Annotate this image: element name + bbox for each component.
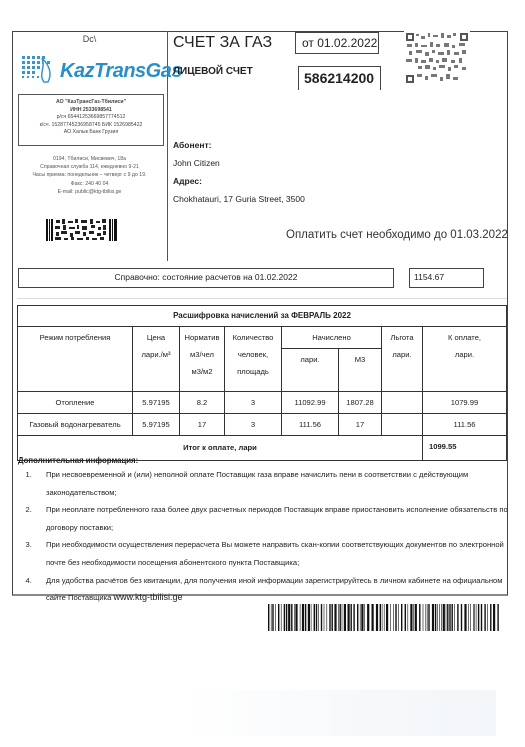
- cell-m3: 17: [339, 414, 382, 436]
- header-to-pay-label: К оплате,: [425, 329, 504, 346]
- website-link[interactable]: www.ktg-tbilisi.ge: [113, 592, 182, 602]
- header-accrued: Начислено: [282, 327, 382, 349]
- header-norm-unit2: м3/м2: [182, 363, 222, 380]
- settlement-account: р/сч 65441253669857774512: [19, 114, 163, 122]
- cell-benefit: [382, 414, 423, 436]
- contact-helpline: Справочная служба 114, ежедневно 9-21: [12, 163, 167, 171]
- charges-table: Расшифровка начислений за ФЕВРАЛЬ 2022 Р…: [17, 305, 507, 461]
- cell-qty: 3: [225, 392, 282, 414]
- scan-artifact: [186, 690, 496, 736]
- reference-balance-label: Справочно: состояние расчетов на 01.02.2…: [18, 268, 394, 288]
- corr-account: к/сч. 15287745236958745 БИК 1526985422: [19, 122, 163, 130]
- pdf417-barcode: [46, 218, 118, 242]
- header-to-pay-unit: лари.: [425, 346, 504, 363]
- header-price-unit: лари./м³: [135, 346, 177, 363]
- header-accrued-m3: М3: [339, 349, 382, 392]
- cell-norm: 17: [180, 414, 225, 436]
- table-title-row: Расшифровка начислений за ФЕВРАЛЬ 2022: [18, 306, 507, 327]
- header-norm-label: Норматив: [182, 329, 222, 346]
- header-qty: Количествочеловек,площадь: [225, 327, 282, 392]
- cell-m3: 1807.28: [339, 392, 382, 414]
- note-item: При необходимости осуществления перерасч…: [34, 536, 514, 571]
- cell-mode: Отопление: [18, 392, 133, 414]
- table-title: Расшифровка начислений за ФЕВРАЛЬ 2022: [18, 306, 507, 327]
- bank-name: АО Халык Банк Грузия: [19, 129, 163, 137]
- header-benefit: Льготалари.: [382, 327, 423, 392]
- contact-hours: Часы приема: понедельник – четверг с 9 д…: [12, 171, 167, 179]
- header-mode-label: Режим потребления: [40, 333, 111, 342]
- header-norm: Нормативм3/челм3/м2: [180, 327, 225, 392]
- header-qty-unit2: площадь: [227, 363, 279, 380]
- cell-benefit: [382, 392, 423, 414]
- contact-address: 0194, Тбилиси, Мисвевич, 18а: [12, 155, 167, 163]
- account-number: 586214200: [298, 66, 381, 90]
- cell-qty: 3: [225, 414, 282, 436]
- address-label: Адрес:: [173, 176, 202, 186]
- header-accrued-gel: лари.: [282, 349, 339, 392]
- header-price-label: Цена: [135, 329, 177, 346]
- header-qty-label: Количество: [227, 329, 279, 346]
- additional-info-title: Дополнительная информация:: [18, 456, 138, 465]
- total-value: 1099.55: [423, 436, 507, 461]
- additional-info-list: При несвоевременной и (или) неполной опл…: [18, 466, 514, 607]
- header-to-pay: К оплате,лари.: [423, 327, 507, 392]
- cell-gel: 11092.99: [282, 392, 339, 414]
- corner-mark: Dc\: [12, 34, 167, 44]
- note-item: При неоплате потребленного газа более дв…: [34, 501, 514, 536]
- logo-text: KazTransGas: [60, 60, 182, 83]
- flame-grid-icon: [20, 52, 58, 86]
- header-qty-unit1: человек,: [227, 346, 279, 363]
- company-inn: ИНН 2533698541: [19, 107, 163, 115]
- contact-email: E-mail: public@ktg-tbilisi.ge: [12, 188, 167, 196]
- header-benefit-unit: лари.: [384, 346, 420, 363]
- cell-mode: Газовый водонагреватель: [18, 414, 133, 436]
- section-divider: [17, 298, 507, 299]
- reference-balance-value: 1154.67: [409, 268, 484, 288]
- header-mode: Режим потребления: [18, 327, 133, 392]
- header-price: Ценалари./м³: [133, 327, 180, 392]
- table-row: Газовый водонагреватель 5.97195 17 3 111…: [18, 414, 507, 436]
- company-logo: KazTransGas: [20, 50, 165, 90]
- contact-info: 0194, Тбилиси, Мисвевич, 18а Справочная …: [12, 155, 167, 196]
- contact-fax: Факс: 240 40 04: [12, 180, 167, 188]
- table-header-row: Режим потребления Ценалари./м³ Нормативм…: [18, 327, 507, 349]
- company-name: АО "КазТрансГаз-Тбилиси": [19, 99, 163, 107]
- account-label: ЛИЦЕВОЙ СЧЕТ: [173, 66, 253, 77]
- cell-price: 5.97195: [133, 414, 180, 436]
- linear-barcode: [267, 604, 503, 631]
- cell-gel: 111.56: [282, 414, 339, 436]
- cell-to-pay: 1079.99: [423, 392, 507, 414]
- header-norm-unit1: м3/чел: [182, 346, 222, 363]
- invoice-title: СЧЕТ ЗА ГАЗ: [173, 34, 272, 52]
- note-item: Для удобства расчётов без квитанции, для…: [34, 572, 514, 607]
- note-item: При несвоевременной и (или) неполной опл…: [34, 466, 514, 501]
- table-row: Отопление 5.97195 8.2 3 11092.99 1807.28…: [18, 392, 507, 414]
- header-benefit-label: Льгота: [384, 329, 420, 346]
- subscriber-label: Абонент:: [173, 140, 211, 150]
- cell-norm: 8.2: [180, 392, 225, 414]
- payment-due: Оплатить счет необходимо до 01.03.2022: [286, 229, 508, 241]
- bank-info-box: АО "КазТрансГаз-Тбилиси" ИНН 2533698541 …: [18, 94, 164, 146]
- subscriber-name: John Citizen: [173, 158, 220, 168]
- cell-to-pay: 111.56: [423, 414, 507, 436]
- invoice-date: от 01.02.2022: [295, 32, 379, 54]
- cell-price: 5.97195: [133, 392, 180, 414]
- qr-code: [404, 31, 470, 85]
- subscriber-address: Chokhatauri, 17 Guria Street, 3500: [173, 194, 305, 204]
